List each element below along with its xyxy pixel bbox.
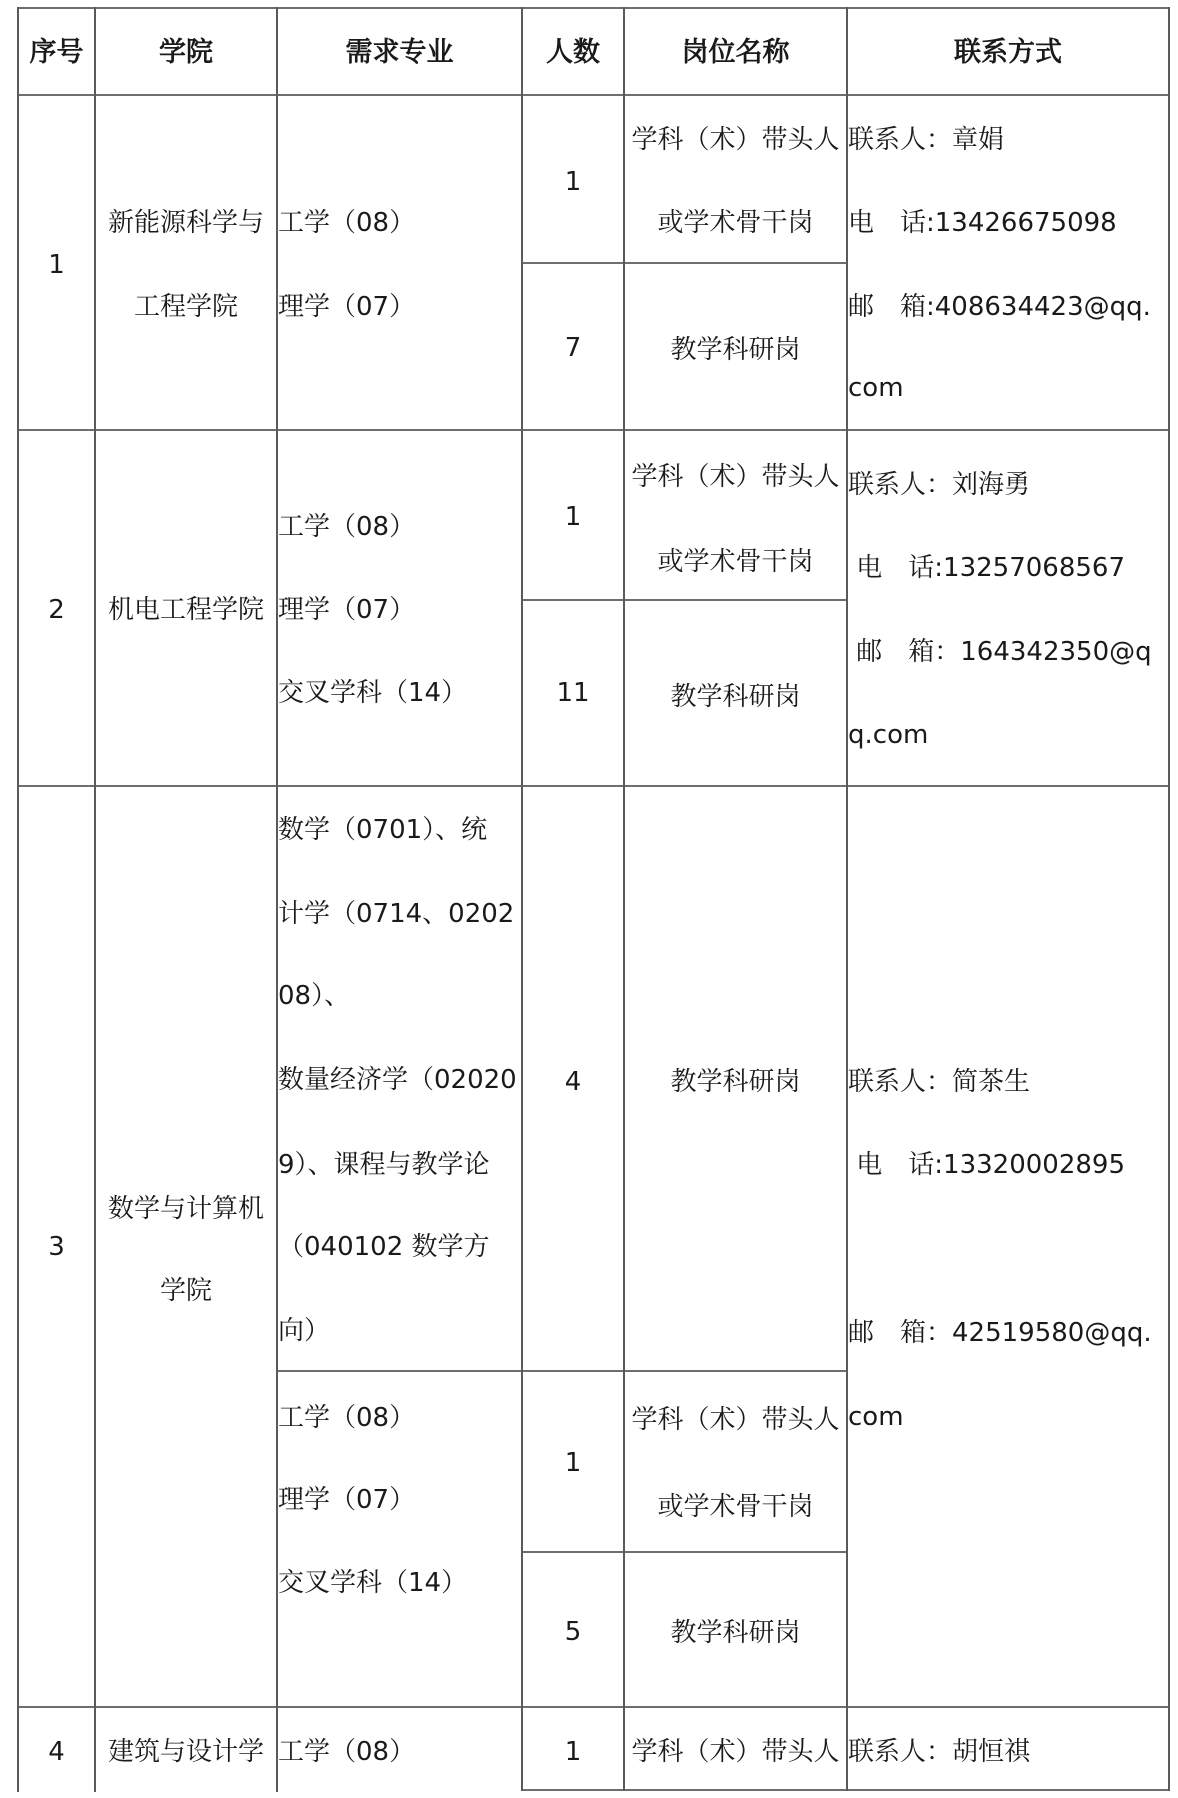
row-1-contact-email: 邮 箱:408634423@qq.: [848, 292, 1151, 322]
row-4-college: 建筑与设计学: [96, 1737, 276, 1767]
row-4-count-1: 1: [523, 1737, 623, 1767]
row-3-college-line-1: 数学与计算机: [96, 1194, 276, 1224]
row-2-major-3: 交叉学科（14）: [278, 678, 467, 708]
row-3-group-2-major-2: 理学（07）: [278, 1485, 415, 1515]
row-3-group-1-major-line-2: 计学（0714、0202: [278, 899, 514, 929]
row-1-contact-person: 联系人：章娟: [848, 125, 1004, 155]
row-3-group-2-major-3: 交叉学科（14）: [278, 1568, 467, 1598]
row-3-group-1-position: 教学科研岗: [625, 1067, 846, 1097]
header-bottom-border: [17, 94, 1170, 96]
row-3-group-1-major-line-5: 9）、课程与教学论: [278, 1150, 490, 1180]
row-3-group-2-position-1-line-1: 学科（术）带头人: [625, 1405, 846, 1435]
col-border-4: [623, 7, 625, 1791]
row-2-position-1-line-1: 学科（术）带头人: [625, 462, 846, 492]
row-3-bottom-border: [17, 1706, 1170, 1708]
row-1-college-line-2: 工程学院: [96, 292, 276, 322]
row-3-index: 3: [19, 1232, 94, 1262]
row-3-contact-email: 邮 箱：42519580@qq.: [848, 1318, 1152, 1348]
row-3-group-1-major-line-7: 向）: [278, 1316, 330, 1346]
row-4-position-1: 学科（术）带头人: [625, 1737, 846, 1767]
row-1-position-1-line-1: 学科（术）带头人: [625, 125, 846, 155]
row-2-contact-email: 邮 箱：164342350@q: [848, 637, 1152, 667]
row-3-group-2-position-1-line-2: 或学术骨干岗: [625, 1492, 846, 1522]
row-3-major-split: [276, 1370, 846, 1372]
row-2-index: 2: [19, 595, 94, 625]
row-1-count-1: 1: [523, 167, 623, 197]
table-top-border: [17, 7, 1170, 9]
col-border-3: [521, 7, 523, 1791]
header-position: 岗位名称: [625, 38, 846, 68]
row-3-position-split: [521, 1551, 846, 1553]
row-2-count-1: 1: [523, 502, 623, 532]
col-border-right: [1168, 7, 1170, 1791]
row-3-contact-phone: 电 话:13320002895: [848, 1150, 1125, 1180]
row-1-position-1-line-2: 或学术骨干岗: [625, 208, 846, 238]
col-border-5: [846, 7, 848, 1791]
header-college: 学院: [96, 38, 276, 68]
row-2-contact-phone: 电 话:13257068567: [848, 553, 1125, 583]
row-4-major-1: 工学（08）: [278, 1737, 415, 1767]
row-1-split: [521, 262, 846, 264]
row-3-group-2-count-1: 1: [523, 1448, 623, 1478]
row-3-college-line-2: 学院: [96, 1276, 276, 1306]
row-1-contact-email-cont: com: [848, 373, 904, 403]
header-major: 需求专业: [278, 38, 521, 68]
header-contact: 联系方式: [848, 38, 1168, 68]
row-2-position-1-line-2: 或学术骨干岗: [625, 547, 846, 577]
row-3-group-2-position-2: 教学科研岗: [625, 1618, 846, 1648]
row-2-contact-person: 联系人：刘海勇: [848, 470, 1030, 500]
header-count: 人数: [523, 38, 623, 68]
row-4-index: 4: [19, 1737, 94, 1767]
row-1-contact-phone: 电 话:13426675098: [848, 208, 1117, 238]
row-3-group-1-count: 4: [523, 1067, 623, 1097]
row-2-count-2: 11: [523, 678, 623, 708]
row-2-college: 机电工程学院: [96, 595, 276, 625]
row-1-college-line-1: 新能源科学与: [96, 208, 276, 238]
row-1-position-2: 教学科研岗: [625, 335, 846, 365]
row-1-count-2: 7: [523, 333, 623, 363]
row-3-group-2-count-2: 5: [523, 1617, 623, 1647]
row-1-index: 1: [19, 250, 94, 280]
row-2-major-1: 工学（08）: [278, 512, 415, 542]
row-3-group-1-major-line-6: （040102 数学方: [278, 1232, 490, 1262]
row-4-contact-person: 联系人：胡恒祺: [848, 1737, 1030, 1767]
row-3-contact-person: 联系人：简茶生: [848, 1067, 1030, 1097]
row-3-group-1-major-line-3: 08）、: [278, 981, 350, 1011]
row-2-major-2: 理学（07）: [278, 595, 415, 625]
row-3-group-1-major-line-1: 数学（0701）、统: [278, 815, 487, 845]
row-2-split: [521, 599, 846, 601]
row-1-bottom-border: [17, 429, 1170, 431]
row-3-group-1-major-line-4: 数量经济学（02020: [278, 1065, 517, 1095]
row-3-group-2-major-1: 工学（08）: [278, 1403, 415, 1433]
row-2-bottom-border: [17, 785, 1170, 787]
row-1-major-1: 工学（08）: [278, 208, 415, 238]
col-border-1: [94, 7, 96, 1792]
header-index: 序号: [19, 38, 94, 68]
row-1-major-2: 理学（07）: [278, 292, 415, 322]
row-2-contact-email-cont: q.com: [848, 720, 928, 750]
row-2-position-2: 教学科研岗: [625, 682, 846, 712]
row-3-contact-email-cont: com: [848, 1402, 904, 1432]
